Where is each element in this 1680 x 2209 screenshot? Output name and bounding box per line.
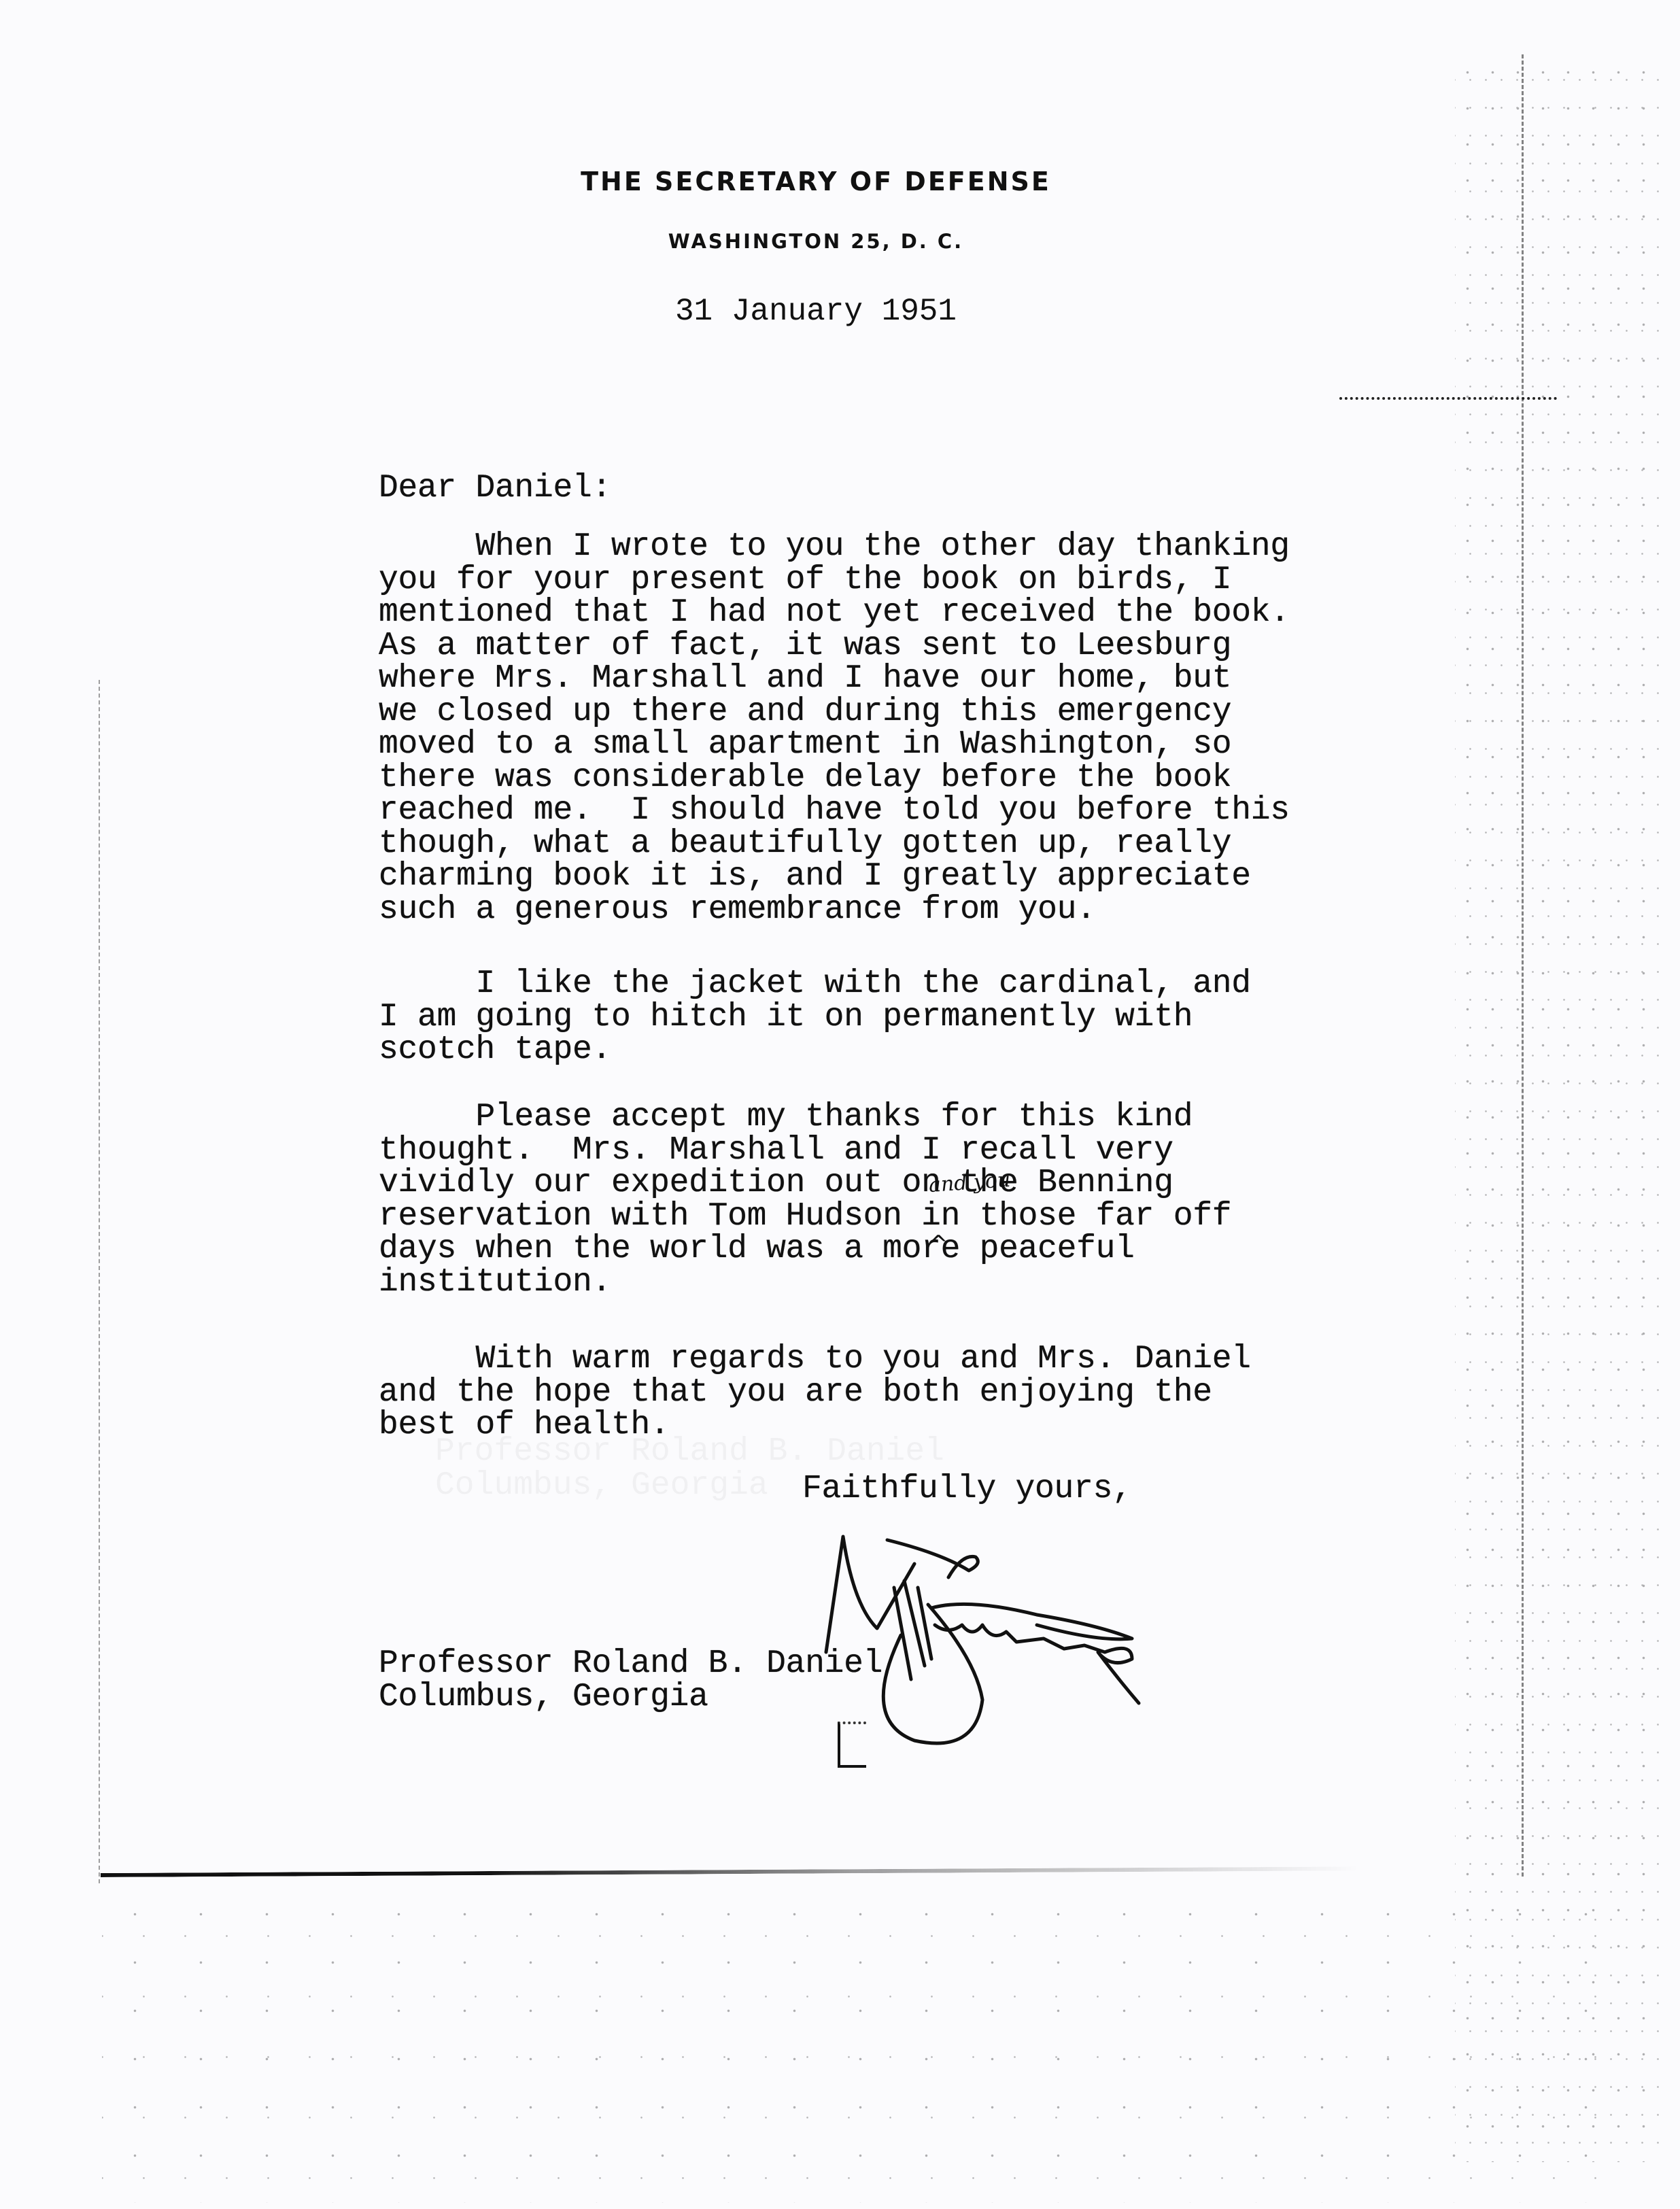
photocopy-edge-top-right — [1339, 397, 1557, 400]
paragraph-3: Please accept my thanks for this kind th… — [379, 1101, 1231, 1299]
recipient-location: Columbus, Georgia — [379, 1679, 708, 1715]
paragraph-2: I like the jacket with the cardinal, and… — [379, 967, 1251, 1067]
photocopy-speckle-bottom — [102, 1890, 1598, 2203]
insertion-caret: ^ — [929, 1231, 948, 1258]
photocopy-edge-bottom — [101, 1866, 1358, 1877]
letterhead-title: THE SECRETARY OF DEFENSE — [0, 167, 1632, 196]
salutation: Dear Daniel: — [379, 472, 611, 505]
photocopy-speckle-right — [1455, 54, 1659, 2162]
recipient-block: Professor Roland B. Daniel Columbus, Geo… — [379, 1647, 882, 1713]
photocopy-bracket-mark — [838, 1722, 866, 1768]
recipient-name: Professor Roland B. Daniel — [379, 1645, 882, 1682]
letter-date: 31 January 1951 — [0, 294, 1632, 329]
letter-page: Professor Roland B. Daniel Columbus, Geo… — [0, 0, 1680, 2209]
photocopy-edge-left — [99, 680, 100, 1883]
letterhead-city: WASHINGTON 25, D. C. — [0, 230, 1632, 253]
closing: Faithfully yours, — [802, 1473, 1132, 1506]
paragraph-1: When I wrote to you the other day thanki… — [379, 530, 1290, 926]
signature-icon: G C Marshall signature — [812, 1523, 1288, 1747]
paragraph-4: With warm regards to you and Mrs. Daniel… — [379, 1343, 1251, 1442]
